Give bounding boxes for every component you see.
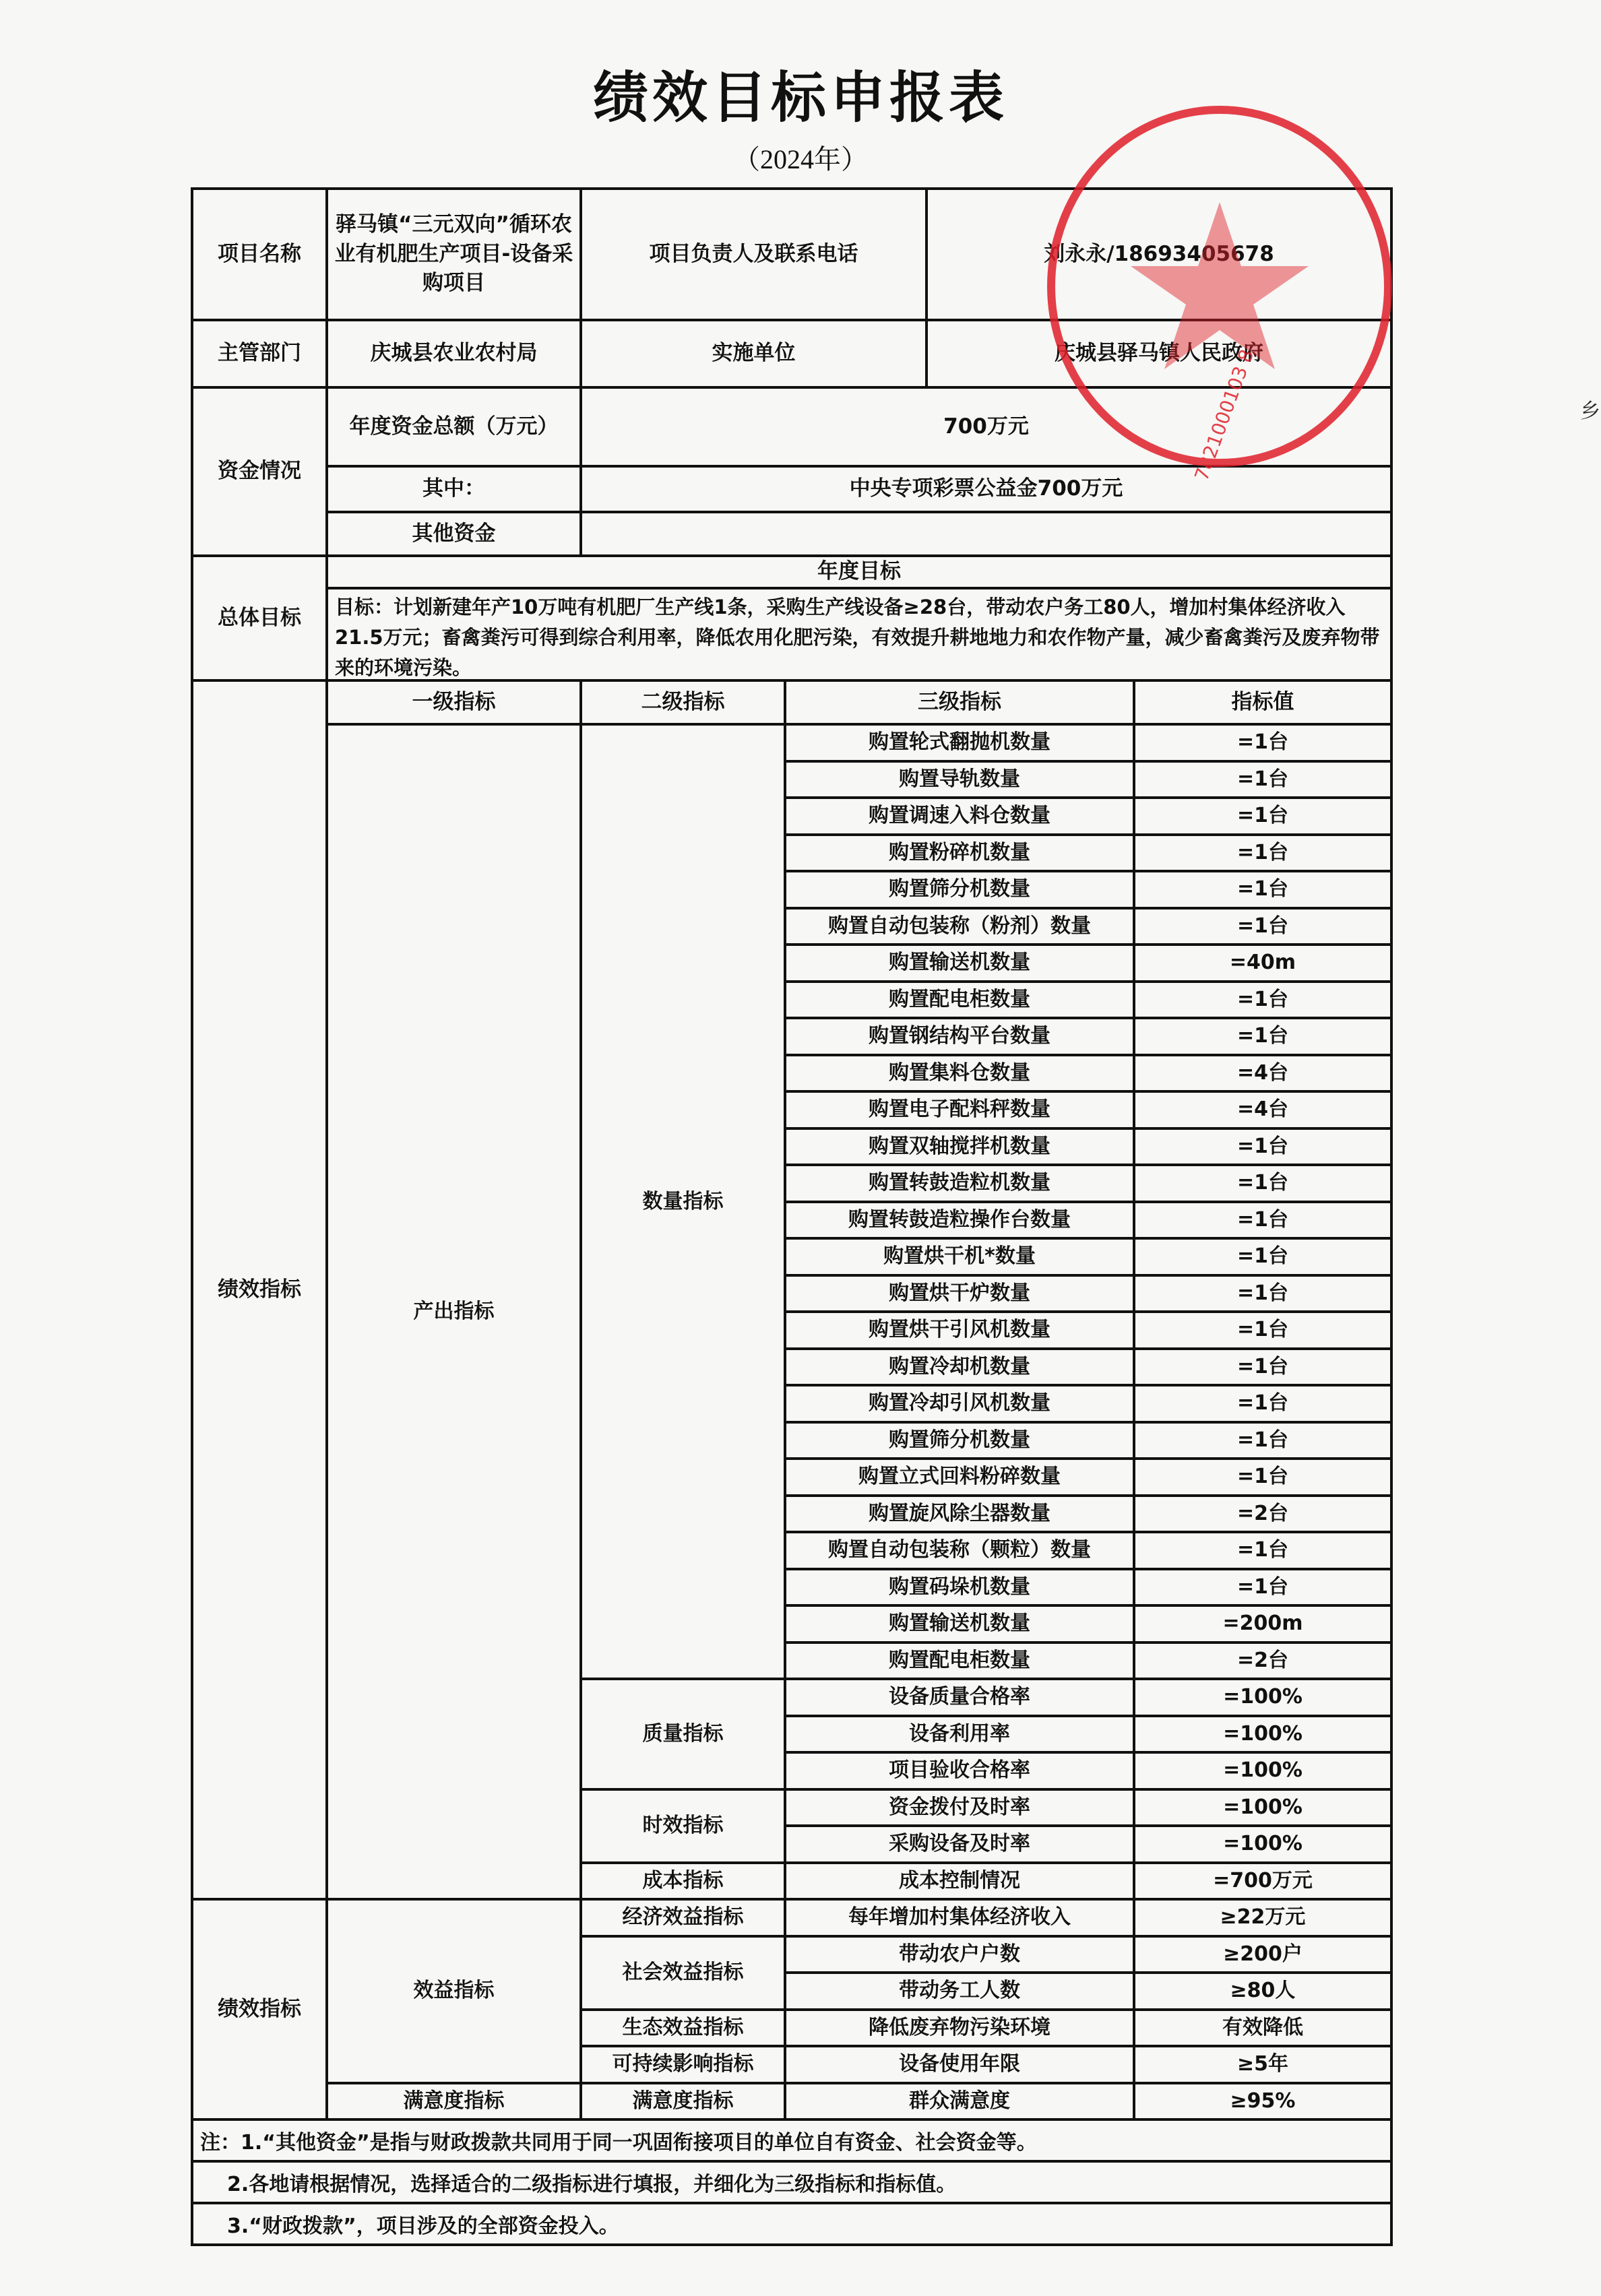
level3-indicator: 购置冷却机数量	[784, 1347, 1135, 1387]
level2-indicator: 成本指标	[579, 1861, 786, 1901]
header-level2: 二级指标	[579, 679, 786, 726]
indicator-value: =2台	[1133, 1641, 1393, 1681]
indicator-value: =1台	[1133, 1127, 1393, 1167]
level3-indicator: 购置输送机数量	[784, 943, 1135, 983]
level3-indicator: 购置码垛机数量	[784, 1568, 1135, 1607]
indicator-value: =100%	[1133, 1715, 1393, 1754]
indicator-value: ≥5年	[1133, 2045, 1393, 2084]
level2-indicator: 经济效益指标	[579, 1898, 786, 1938]
indicator-value: =1台	[1133, 1384, 1393, 1424]
level3-indicator: 资金拨付及时率	[784, 1788, 1135, 1828]
indicator-value: =100%	[1133, 1824, 1393, 1864]
indicator-value: =1台	[1133, 1347, 1393, 1387]
indicator-value: =700万元	[1133, 1861, 1393, 1901]
indicator-value: =1台	[1133, 1017, 1393, 1056]
indicator-value: =1台	[1133, 796, 1393, 836]
indicator-value: ≥80人	[1133, 1971, 1393, 2011]
indicator-value: =1台	[1133, 760, 1393, 800]
level3-indicator: 购置调速入料仓数量	[784, 796, 1135, 836]
indicator-value: =1台	[1133, 1310, 1393, 1350]
indicator-value: ≥22万元	[1133, 1898, 1393, 1938]
level3-indicator: 带动务工人数	[784, 1971, 1135, 2011]
footnote: 2.各地请根据情况，选择适合的二级指标进行填报，并细化为三级指标和指标值。	[191, 2160, 1393, 2204]
level3-indicator: 购置烘干炉数量	[784, 1274, 1135, 1314]
level3-indicator: 购置自动包装称（颗粒）数量	[784, 1531, 1135, 1570]
level2-indicator: 质量指标	[579, 1678, 786, 1791]
contact-label: 项目负责人及联系电话	[579, 187, 928, 321]
indicator-value: 有效降低	[1133, 2008, 1393, 2048]
level3-indicator: 购置配电柜数量	[784, 980, 1135, 1020]
overall-goal-text: 目标：计划新建年产10万吨有机肥厂生产线1条，采购生产线设备≥28台，带动农户务…	[325, 587, 1393, 682]
indicator-value: =1台	[1133, 1457, 1393, 1497]
level3-indicator: 采购设备及时率	[784, 1824, 1135, 1864]
overall-goal-label: 总体目标	[191, 554, 328, 682]
level3-indicator: 群众满意度	[784, 2082, 1135, 2122]
level3-indicator: 购置旋风除尘器数量	[784, 1494, 1135, 1534]
level3-indicator: 购置粉碎机数量	[784, 833, 1135, 873]
level3-indicator: 购置配电柜数量	[784, 1641, 1135, 1681]
project-name-value: 驿马镇“三元双向”循环农业有机肥生产项目-设备采购项目	[325, 187, 582, 321]
level3-indicator: 购置转鼓造粒操作台数量	[784, 1201, 1135, 1240]
level1-indicator: 产出指标	[325, 723, 582, 1901]
edge-text-fragment: 乡	[1580, 394, 1600, 424]
implementer-value: 庆城县驿马镇人民政府	[925, 319, 1393, 389]
level3-indicator: 购置立式回料粉碎数量	[784, 1457, 1135, 1497]
footnote: 注：1.“其他资金”是指与财政拨款共同用于同一巩固衔接项目的单位自有资金、社会资…	[191, 2118, 1393, 2163]
of-which-value: 中央专项彩票公益金700万元	[579, 465, 1393, 513]
level3-indicator: 设备利用率	[784, 1715, 1135, 1754]
indicator-value: =1台	[1133, 833, 1393, 873]
indicator-value: ≥95%	[1133, 2082, 1393, 2122]
level3-indicator: 带动农户户数	[784, 1935, 1135, 1975]
annual-goal-header: 年度目标	[325, 554, 1393, 589]
level2-indicator: 可持续影响指标	[579, 2045, 786, 2084]
indicator-value: =1台	[1133, 1201, 1393, 1240]
level3-indicator: 购置轮式翻抛机数量	[784, 723, 1135, 763]
department-value: 庆城县农业农村局	[325, 319, 582, 389]
department-label: 主管部门	[191, 319, 328, 389]
level3-indicator: 设备使用年限	[784, 2045, 1135, 2084]
header-level1: 一级指标	[325, 679, 582, 726]
level3-indicator: 购置导轨数量	[784, 760, 1135, 800]
indicator-value: =4台	[1133, 1054, 1393, 1093]
level3-indicator: 项目验收合格率	[784, 1751, 1135, 1791]
level3-indicator: 购置电子配料秤数量	[784, 1090, 1135, 1130]
level3-indicator: 购置筛分机数量	[784, 870, 1135, 910]
annual-total-label: 年度资金总额（万元）	[325, 386, 582, 468]
indicator-value: =100%	[1133, 1751, 1393, 1791]
level3-indicator: 设备质量合格率	[784, 1678, 1135, 1717]
indicators-section-label-2: 绩效指标	[191, 1898, 328, 2121]
indicator-value: =4台	[1133, 1090, 1393, 1130]
indicator-value: =1台	[1133, 980, 1393, 1020]
level3-indicator: 成本控制情况	[784, 1861, 1135, 1901]
level3-indicator: 每年增加村集体经济收入	[784, 1898, 1135, 1938]
page-title: 绩效目标申报表	[0, 54, 1601, 133]
indicator-value: =1台	[1133, 907, 1393, 947]
indicator-value: =1台	[1133, 1163, 1393, 1203]
level1-indicator: 效益指标	[325, 1898, 582, 2084]
page-year: （2024年）	[0, 138, 1601, 177]
level3-indicator: 购置冷却引风机数量	[784, 1384, 1135, 1424]
level3-indicator: 购置筛分机数量	[784, 1421, 1135, 1461]
level3-indicator: 购置集料仓数量	[784, 1054, 1135, 1093]
level1-indicator: 满意度指标	[325, 2082, 582, 2122]
level3-indicator: 购置钢结构平台数量	[784, 1017, 1135, 1056]
annual-total-value: 700万元	[579, 386, 1393, 468]
level3-indicator: 降低废弃物污染环境	[784, 2008, 1135, 2048]
funds-section-label: 资金情况	[191, 386, 328, 557]
indicator-value: =100%	[1133, 1788, 1393, 1828]
of-which-label: 其中：	[325, 465, 582, 513]
indicators-section-label: 绩效指标	[191, 679, 328, 1901]
contact-value: 刘永永/18693405678	[925, 187, 1393, 321]
level3-indicator: 购置转鼓造粒机数量	[784, 1163, 1135, 1203]
indicator-value: =1台	[1133, 870, 1393, 910]
indicator-value: =1台	[1133, 1568, 1393, 1607]
indicator-value: =40m	[1133, 943, 1393, 983]
indicator-value: =100%	[1133, 1678, 1393, 1717]
header-level3: 三级指标	[784, 679, 1135, 726]
indicator-value: =200m	[1133, 1604, 1393, 1644]
level2-indicator: 数量指标	[579, 723, 786, 1680]
header-value: 指标值	[1133, 679, 1393, 726]
level2-indicator: 生态效益指标	[579, 2008, 786, 2048]
indicator-value: =2台	[1133, 1494, 1393, 1534]
indicator-value: =1台	[1133, 1531, 1393, 1570]
indicator-value: =1台	[1133, 1237, 1393, 1277]
indicator-value: =1台	[1133, 723, 1393, 763]
level3-indicator: 购置烘干引风机数量	[784, 1310, 1135, 1350]
level3-indicator: 购置烘干机*数量	[784, 1237, 1135, 1277]
level2-indicator: 满意度指标	[579, 2082, 786, 2122]
level3-indicator: 购置双轴搅拌机数量	[784, 1127, 1135, 1167]
level2-indicator: 时效指标	[579, 1788, 786, 1864]
other-funds-label: 其他资金	[325, 511, 582, 557]
implementer-label: 实施单位	[579, 319, 928, 389]
other-funds-value	[579, 511, 1393, 557]
level2-indicator: 社会效益指标	[579, 1935, 786, 2011]
indicator-value: ≥200户	[1133, 1935, 1393, 1975]
indicator-value: =1台	[1133, 1274, 1393, 1314]
indicator-value: =1台	[1133, 1421, 1393, 1461]
project-name-label: 项目名称	[191, 187, 328, 321]
level3-indicator: 购置输送机数量	[784, 1604, 1135, 1644]
footnote: 3.“财政拨款”，项目涉及的全部资金投入。	[191, 2202, 1393, 2246]
level3-indicator: 购置自动包装称（粉剂）数量	[784, 907, 1135, 947]
